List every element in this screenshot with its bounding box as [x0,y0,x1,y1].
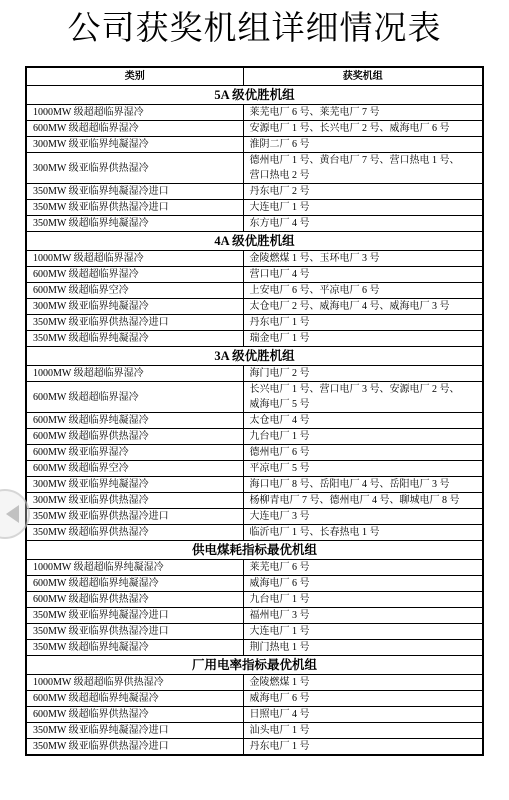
units-cell: 威海电厂 6 号 [243,576,483,592]
category-cell: 600MW 级超临界空冷 [26,283,243,299]
table-row: 600MW 级超临界供热湿冷九台电厂 1 号 [26,592,483,608]
table-row: 350MW 级超临界纯凝湿冷瑞金电厂 1 号 [26,331,483,347]
units-cell: 瑞金电厂 1 号 [243,331,483,347]
column-header-units: 获奖机组 [243,67,483,86]
section-header-label: 5A 级优胜机组 [26,86,483,105]
table-row: 600MW 级超超临界纯凝湿冷威海电厂 6 号 [26,576,483,592]
table-row: 300MW 级亚临界供热湿冷杨柳青电厂 7 号、德州电厂 4 号、聊城电厂 8 … [26,493,483,509]
units-cell: 福州电厂 3 号 [243,608,483,624]
category-cell: 600MW 级超临界纯凝湿冷 [26,413,243,429]
category-cell: 600MW 级超临界供热湿冷 [26,592,243,608]
section-header-label: 4A 级优胜机组 [26,232,483,251]
section-header-row: 4A 级优胜机组 [26,232,483,251]
category-cell: 600MW 级超超临界纯凝湿冷 [26,691,243,707]
units-cell: 威海电厂 6 号 [243,691,483,707]
document-page: 公司获奖机组详细情况表 类别 获奖机组 5A 级优胜机组1000MW 级超超临界… [0,0,509,800]
units-cell: 莱芜电厂 6 号、莱芜电厂 7 号 [243,105,483,121]
category-cell: 350MW 级超临界纯凝湿冷 [26,640,243,656]
units-cell: 九台电厂 1 号 [243,429,483,445]
units-cell: 大连电厂 1 号 [243,624,483,640]
units-cell: 德州电厂 6 号 [243,445,483,461]
table-row: 350MW 级亚临界供热湿冷进口大连电厂 1 号 [26,200,483,216]
category-cell: 1000MW 级超超临界湿冷 [26,366,243,382]
table-row: 600MW 级超临界纯凝湿冷太仓电厂 4 号 [26,413,483,429]
section-header-label: 3A 级优胜机组 [26,347,483,366]
category-cell: 600MW 级超临界供热湿冷 [26,707,243,723]
units-cell: 淮阴二厂 6 号 [243,137,483,153]
units-cell: 九台电厂 1 号 [243,592,483,608]
category-cell: 300MW 级亚临界供热湿冷 [26,493,243,509]
units-cell: 临沂电厂 1 号、长春热电 1 号 [243,525,483,541]
category-cell: 600MW 级超超临界湿冷 [26,382,243,413]
units-cell: 丹东电厂 1 号 [243,315,483,331]
category-cell: 600MW 级超超临界湿冷 [26,267,243,283]
section-header-row: 供电煤耗指标最优机组 [26,541,483,560]
units-cell: 金陵燃煤 1 号 [243,675,483,691]
table-row: 600MW 级超临界供热湿冷九台电厂 1 号 [26,429,483,445]
column-header-category: 类别 [26,67,243,86]
table-row: 350MW 级亚临界供热湿冷进口大连电厂 3 号 [26,509,483,525]
units-cell: 安源电厂 1 号、长兴电厂 2 号、威海电厂 6 号 [243,121,483,137]
table-row: 300MW 级亚临界供热湿冷德州电厂 1 号、黄台电厂 7 号、营口热电 1 号… [26,153,483,184]
units-cell: 海口电厂 8 号、岳阳电厂 4 号、岳阳电厂 3 号 [243,477,483,493]
table-row: 1000MW 级超超临界湿冷金陵燃煤 1 号、玉环电厂 3 号 [26,251,483,267]
table-row: 600MW 级超临界空冷上安电厂 6 号、平凉电厂 6 号 [26,283,483,299]
units-cell: 营口电厂 4 号 [243,267,483,283]
table-header-row: 类别 获奖机组 [26,67,483,86]
category-cell: 1000MW 级超超临界湿冷 [26,105,243,121]
table-row: 350MW 级超临界纯凝湿冷荆门热电 1 号 [26,640,483,656]
units-cell: 荆门热电 1 号 [243,640,483,656]
table-row: 600MW 级超临界供热湿冷日照电厂 4 号 [26,707,483,723]
table-row: 1000MW 级超超临界湿冷海门电厂 2 号 [26,366,483,382]
units-cell: 德州电厂 1 号、黄台电厂 7 号、营口热电 1 号、 营口热电 2 号 [243,153,483,184]
units-cell: 莱芜电厂 6 号 [243,560,483,576]
section-header-row: 厂用电率指标最优机组 [26,656,483,675]
category-cell: 350MW 级亚临界供热湿冷进口 [26,739,243,756]
table-row: 600MW 级亚临界湿冷德州电厂 6 号 [26,445,483,461]
units-cell: 上安电厂 6 号、平凉电厂 6 号 [243,283,483,299]
section-header-label: 厂用电率指标最优机组 [26,656,483,675]
units-cell: 汕头电厂 1 号 [243,723,483,739]
category-cell: 350MW 级亚临界纯凝湿冷进口 [26,608,243,624]
category-cell: 350MW 级亚临界供热湿冷进口 [26,624,243,640]
category-cell: 350MW 级亚临界供热湿冷进口 [26,509,243,525]
section-header-label: 供电煤耗指标最优机组 [26,541,483,560]
category-cell: 350MW 级亚临界供热湿冷进口 [26,315,243,331]
category-cell: 300MW 级亚临界供热湿冷 [26,153,243,184]
units-cell: 太仓电厂 2 号、威海电厂 4 号、威海电厂 3 号 [243,299,483,315]
category-cell: 300MW 级亚临界纯凝湿冷 [26,299,243,315]
category-cell: 350MW 级亚临界纯凝湿冷进口 [26,184,243,200]
table-row: 600MW 级超临界空冷平凉电厂 5 号 [26,461,483,477]
units-cell: 丹东电厂 2 号 [243,184,483,200]
category-cell: 600MW 级超超临界纯凝湿冷 [26,576,243,592]
table-row: 1000MW 级超超临界湿冷莱芜电厂 6 号、莱芜电厂 7 号 [26,105,483,121]
category-cell: 1000MW 级超超临界湿冷 [26,251,243,267]
table-row: 300MW 级亚临界纯凝湿冷淮阴二厂 6 号 [26,137,483,153]
category-cell: 350MW 级超临界纯凝湿冷 [26,216,243,232]
table-row: 350MW 级亚临界纯凝湿冷进口福州电厂 3 号 [26,608,483,624]
category-cell: 350MW 级超临界供热湿冷 [26,525,243,541]
table-row: 350MW 级亚临界供热湿冷进口丹东电厂 1 号 [26,739,483,756]
prev-arrow-icon [6,505,19,523]
units-cell: 金陵燃煤 1 号、玉环电厂 3 号 [243,251,483,267]
table-row: 350MW 级亚临界纯凝湿冷进口丹东电厂 2 号 [26,184,483,200]
category-cell: 1000MW 级超超临界纯凝湿冷 [26,560,243,576]
table-row: 600MW 级超超临界湿冷安源电厂 1 号、长兴电厂 2 号、威海电厂 6 号 [26,121,483,137]
units-cell: 太仓电厂 4 号 [243,413,483,429]
section-header-row: 5A 级优胜机组 [26,86,483,105]
category-cell: 600MW 级超临界供热湿冷 [26,429,243,445]
table-row: 350MW 级亚临界纯凝湿冷进口汕头电厂 1 号 [26,723,483,739]
award-units-table: 类别 获奖机组 5A 级优胜机组1000MW 级超超临界湿冷莱芜电厂 6 号、莱… [25,66,484,756]
units-cell: 杨柳青电厂 7 号、德州电厂 4 号、聊城电厂 8 号 [243,493,483,509]
category-cell: 300MW 级亚临界纯凝湿冷 [26,137,243,153]
table-row: 350MW 级亚临界供热湿冷进口大连电厂 1 号 [26,624,483,640]
category-cell: 600MW 级超临界空冷 [26,461,243,477]
table-body: 5A 级优胜机组1000MW 级超超临界湿冷莱芜电厂 6 号、莱芜电厂 7 号6… [26,86,483,756]
units-cell: 长兴电厂 1 号、营口电厂 3 号、安源电厂 2 号、 威海电厂 5 号 [243,382,483,413]
category-cell: 350MW 级亚临界纯凝湿冷进口 [26,723,243,739]
units-cell: 海门电厂 2 号 [243,366,483,382]
table-row: 350MW 级超临界纯凝湿冷东方电厂 4 号 [26,216,483,232]
table-row: 600MW 级超超临界纯凝湿冷威海电厂 6 号 [26,691,483,707]
units-cell: 东方电厂 4 号 [243,216,483,232]
units-cell: 日照电厂 4 号 [243,707,483,723]
table-row: 350MW 级亚临界供热湿冷进口丹东电厂 1 号 [26,315,483,331]
table-row: 300MW 级亚临界纯凝湿冷海口电厂 8 号、岳阳电厂 4 号、岳阳电厂 3 号 [26,477,483,493]
units-cell: 丹东电厂 1 号 [243,739,483,756]
units-cell: 大连电厂 3 号 [243,509,483,525]
section-header-row: 3A 级优胜机组 [26,347,483,366]
category-cell: 350MW 级超临界纯凝湿冷 [26,331,243,347]
table-row: 600MW 级超超临界湿冷长兴电厂 1 号、营口电厂 3 号、安源电厂 2 号、… [26,382,483,413]
category-cell: 1000MW 级超超临界供热湿冷 [26,675,243,691]
table-row: 300MW 级亚临界纯凝湿冷太仓电厂 2 号、威海电厂 4 号、威海电厂 3 号 [26,299,483,315]
category-cell: 300MW 级亚临界纯凝湿冷 [26,477,243,493]
table-row: 350MW 级超临界供热湿冷临沂电厂 1 号、长春热电 1 号 [26,525,483,541]
category-cell: 600MW 级超超临界湿冷 [26,121,243,137]
units-cell: 平凉电厂 5 号 [243,461,483,477]
category-cell: 350MW 级亚临界供热湿冷进口 [26,200,243,216]
table-row: 1000MW 级超超临界纯凝湿冷莱芜电厂 6 号 [26,560,483,576]
page-title: 公司获奖机组详细情况表 [0,6,509,52]
category-cell: 600MW 级亚临界湿冷 [26,445,243,461]
table-row: 600MW 级超超临界湿冷营口电厂 4 号 [26,267,483,283]
table-row: 1000MW 级超超临界供热湿冷金陵燃煤 1 号 [26,675,483,691]
units-cell: 大连电厂 1 号 [243,200,483,216]
